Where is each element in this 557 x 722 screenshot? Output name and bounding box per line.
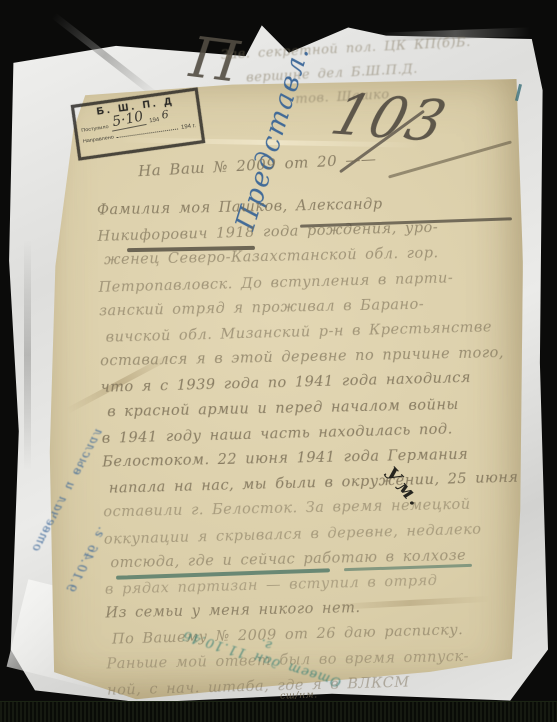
scanner-edge-band [0, 701, 557, 722]
stamp-sent-year: 194 г. [181, 123, 197, 131]
letter-body: Фамилия моя Пашков, АлександрНикифорович… [97, 190, 535, 703]
scanned-document-page: П Б. Ш. П. Д Поступило 5·10 194 6 Направ… [0, 0, 557, 722]
stamp-received-year-digit: 6 [161, 108, 170, 122]
stamp-sent-label: Направлено [83, 135, 115, 145]
page-number: 103 [324, 82, 455, 155]
typist-initials: сш/нм. [280, 689, 318, 701]
